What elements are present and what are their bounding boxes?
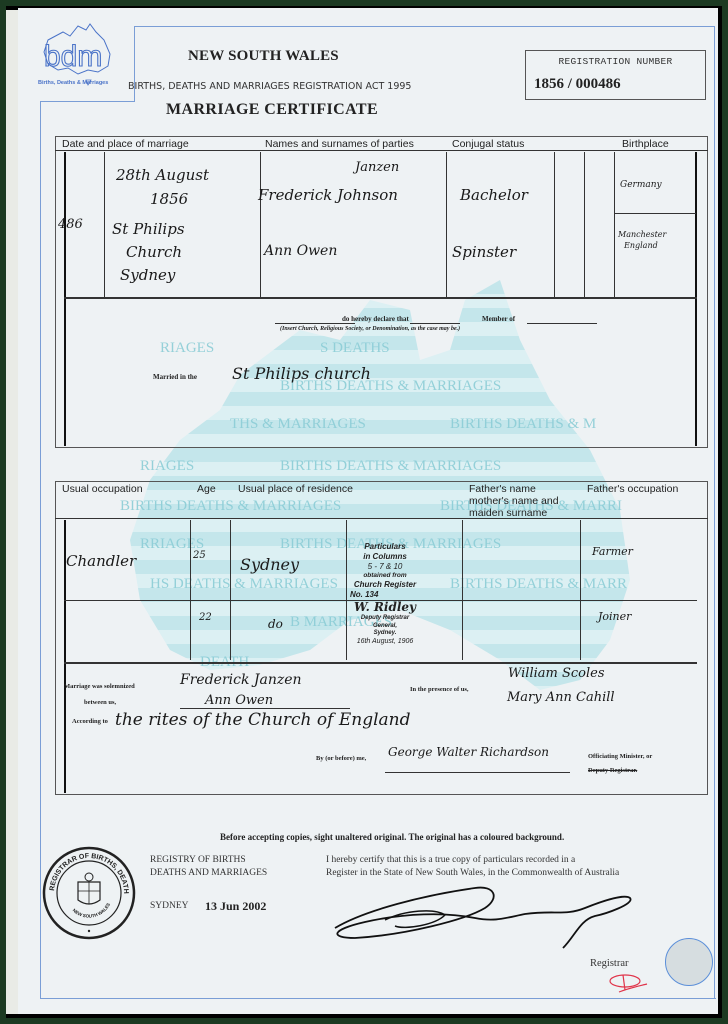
insert-note: (Insert Church, Religious Society, or De… bbox=[280, 326, 460, 332]
stamp-text: Particulars bbox=[350, 542, 420, 552]
registration-number-box: REGISTRATION NUMBER 1856 / 000486 bbox=[525, 50, 706, 100]
by-label: By (or before) me, bbox=[316, 755, 366, 762]
groom-father-occupation: Farmer bbox=[592, 545, 633, 558]
header-divider bbox=[55, 150, 708, 151]
column-rule bbox=[614, 152, 615, 297]
state-title: NEW SOUTH WALES bbox=[188, 48, 339, 65]
column-rule bbox=[554, 152, 555, 297]
column-rule bbox=[580, 520, 581, 660]
stamp-text: Church Register bbox=[350, 580, 420, 590]
page-border bbox=[40, 101, 41, 999]
groom-signature: Frederick Janzen bbox=[180, 672, 302, 688]
column-rule bbox=[346, 520, 347, 660]
col-header-age: Age bbox=[197, 483, 216, 495]
col-header-birthplace: Birthplace bbox=[622, 138, 669, 150]
col-header-conjugal-status: Conjugal status bbox=[452, 138, 524, 150]
groom-surname-correction: Janzen bbox=[355, 160, 399, 175]
svg-text:NEW SOUTH WALES: NEW SOUTH WALES bbox=[72, 902, 111, 919]
col-header-father-occupation: Father's occupation bbox=[587, 483, 678, 495]
stamp-text: Sydney. bbox=[350, 630, 420, 638]
bride-birthplace: England bbox=[624, 241, 658, 250]
groom-birthplace: Germany bbox=[620, 180, 662, 190]
register-rule bbox=[695, 152, 697, 446]
column-rule bbox=[230, 520, 231, 660]
declare-text: do hereby declare that bbox=[342, 315, 409, 323]
col-header-residence: Usual place of residence bbox=[238, 483, 353, 495]
hologram-seal-icon bbox=[665, 938, 713, 986]
marriage-date: 28th August bbox=[116, 166, 209, 184]
column-rule bbox=[462, 520, 463, 660]
signature-line bbox=[385, 772, 570, 773]
deputy-label: Deputy Registrar. bbox=[588, 767, 637, 774]
bride-residence: do bbox=[268, 617, 283, 631]
col-header-parents: maiden surname bbox=[469, 507, 547, 519]
svg-text:bdm: bdm bbox=[44, 40, 102, 73]
stamp-date: 16th August, 1906 bbox=[350, 638, 420, 647]
register-rule bbox=[64, 152, 66, 446]
member-of-text: Member of bbox=[482, 315, 515, 323]
blank-line bbox=[527, 323, 597, 324]
registrar-signature-icon bbox=[325, 880, 645, 952]
bride-father-occupation: Joiner bbox=[598, 610, 631, 623]
certification-statement: I hereby certify that this is a true cop… bbox=[326, 854, 619, 881]
registrar-label: Registrar bbox=[590, 958, 629, 969]
logo-caption: Births, Deaths & Marriages bbox=[38, 80, 108, 86]
col-header-names: Names and surnames of parties bbox=[265, 138, 414, 150]
col-header-occupation: Usual occupation bbox=[62, 483, 143, 495]
officiating-label: Officiating Minister, or bbox=[588, 753, 652, 760]
blank-line bbox=[410, 323, 460, 324]
column-rule bbox=[190, 520, 191, 660]
witness-2-signature: Mary Ann Cahill bbox=[507, 690, 615, 705]
registration-number: 1856 / 000486 bbox=[534, 76, 621, 93]
married-in-value: St Philips church bbox=[232, 364, 371, 383]
svg-text:REGISTRAR OF BIRTHS, DEATHS AN: REGISTRAR OF BIRTHS, DEATHS AND MARRIAGE… bbox=[42, 846, 129, 894]
groom-age: 25 bbox=[193, 550, 206, 561]
column-rule bbox=[584, 152, 585, 297]
registrar-seal-icon: REGISTRAR OF BIRTHS, DEATHS AND MARRIAGE… bbox=[42, 846, 136, 940]
entry-number: 486 bbox=[58, 217, 83, 232]
issue-date: 13 Jun 2002 bbox=[205, 899, 266, 914]
stamp-columns: 5 - 7 & 10 bbox=[350, 562, 420, 572]
certify-line: I hereby certify that this is a true cop… bbox=[326, 854, 619, 867]
column-rule bbox=[260, 152, 261, 297]
page-border bbox=[134, 26, 714, 27]
presence-label: In the presence of us, bbox=[410, 686, 469, 693]
issue-city: SYDNEY bbox=[150, 901, 189, 911]
registry-name: REGISTRY OF BIRTHS DEATHS AND MARRIAGES bbox=[150, 854, 267, 881]
row-rule bbox=[614, 213, 696, 214]
stamp-text: obtained from bbox=[350, 572, 420, 580]
header-divider bbox=[55, 518, 708, 519]
col-header-date-place: Date and place of marriage bbox=[62, 138, 189, 150]
groom-status: Bachelor bbox=[460, 186, 528, 204]
page-border bbox=[40, 101, 135, 102]
registry-stamp: Particulars in Columns 5 - 7 & 10 obtain… bbox=[350, 542, 420, 646]
col-header-parents: Father's name bbox=[469, 483, 536, 495]
between-label: between us, bbox=[84, 699, 116, 706]
col-header-parents: mother's name and bbox=[469, 495, 559, 507]
column-rule bbox=[104, 152, 105, 297]
groom-residence: Sydney bbox=[240, 555, 299, 574]
column-rule bbox=[446, 152, 447, 297]
act-title: BIRTHS, DEATHS AND MARRIAGES REGISTRATIO… bbox=[128, 81, 411, 92]
married-in-label: Married in the bbox=[153, 373, 197, 381]
stamp-signature: W. Ridley bbox=[350, 600, 420, 615]
page-border bbox=[40, 998, 716, 999]
witness-1-signature: William Scoles bbox=[508, 666, 605, 681]
bride-age: 22 bbox=[199, 612, 212, 623]
row-rule bbox=[64, 297, 697, 299]
authenticity-notice: Before accepting copies, sight unaltered… bbox=[220, 832, 564, 842]
registry-line: DEATHS AND MARRIAGES bbox=[150, 867, 267, 880]
stamp-text: Deputy Registrar General, bbox=[350, 615, 420, 630]
groom-name: Frederick Johnson bbox=[258, 186, 398, 204]
stamp-register-number: No. 134 bbox=[350, 590, 420, 600]
registration-label: REGISTRATION NUMBER bbox=[526, 56, 705, 67]
stamp-text: in Columns bbox=[350, 552, 420, 562]
blank-line bbox=[275, 323, 355, 324]
bride-birthplace: Manchester bbox=[618, 230, 666, 239]
bride-status: Spinster bbox=[452, 243, 516, 261]
certificate-title: MARRIAGE CERTIFICATE bbox=[166, 101, 378, 119]
marriage-year: 1856 bbox=[150, 190, 188, 208]
according-label: According to bbox=[72, 718, 108, 725]
initials-red-icon bbox=[605, 972, 649, 994]
row-rule bbox=[64, 662, 697, 664]
signature-line bbox=[180, 708, 350, 709]
page-border bbox=[714, 26, 715, 999]
bride-name: Ann Owen bbox=[264, 243, 337, 259]
groom-occupation: Chandler bbox=[66, 552, 136, 570]
marriage-place: Sydney bbox=[120, 266, 175, 284]
marriage-place: St Philips bbox=[112, 220, 185, 238]
registry-line: REGISTRY OF BIRTHS bbox=[150, 854, 267, 867]
rites-text: the rites of the Church of England bbox=[115, 710, 410, 730]
minister-signature: George Walter Richardson bbox=[388, 745, 549, 759]
solemnized-label: Marriage was solemnized bbox=[64, 683, 135, 690]
certify-line: Register in the State of New South Wales… bbox=[326, 867, 619, 880]
marriage-place: Church bbox=[126, 243, 182, 261]
bride-signature: Ann Owen bbox=[205, 693, 273, 708]
